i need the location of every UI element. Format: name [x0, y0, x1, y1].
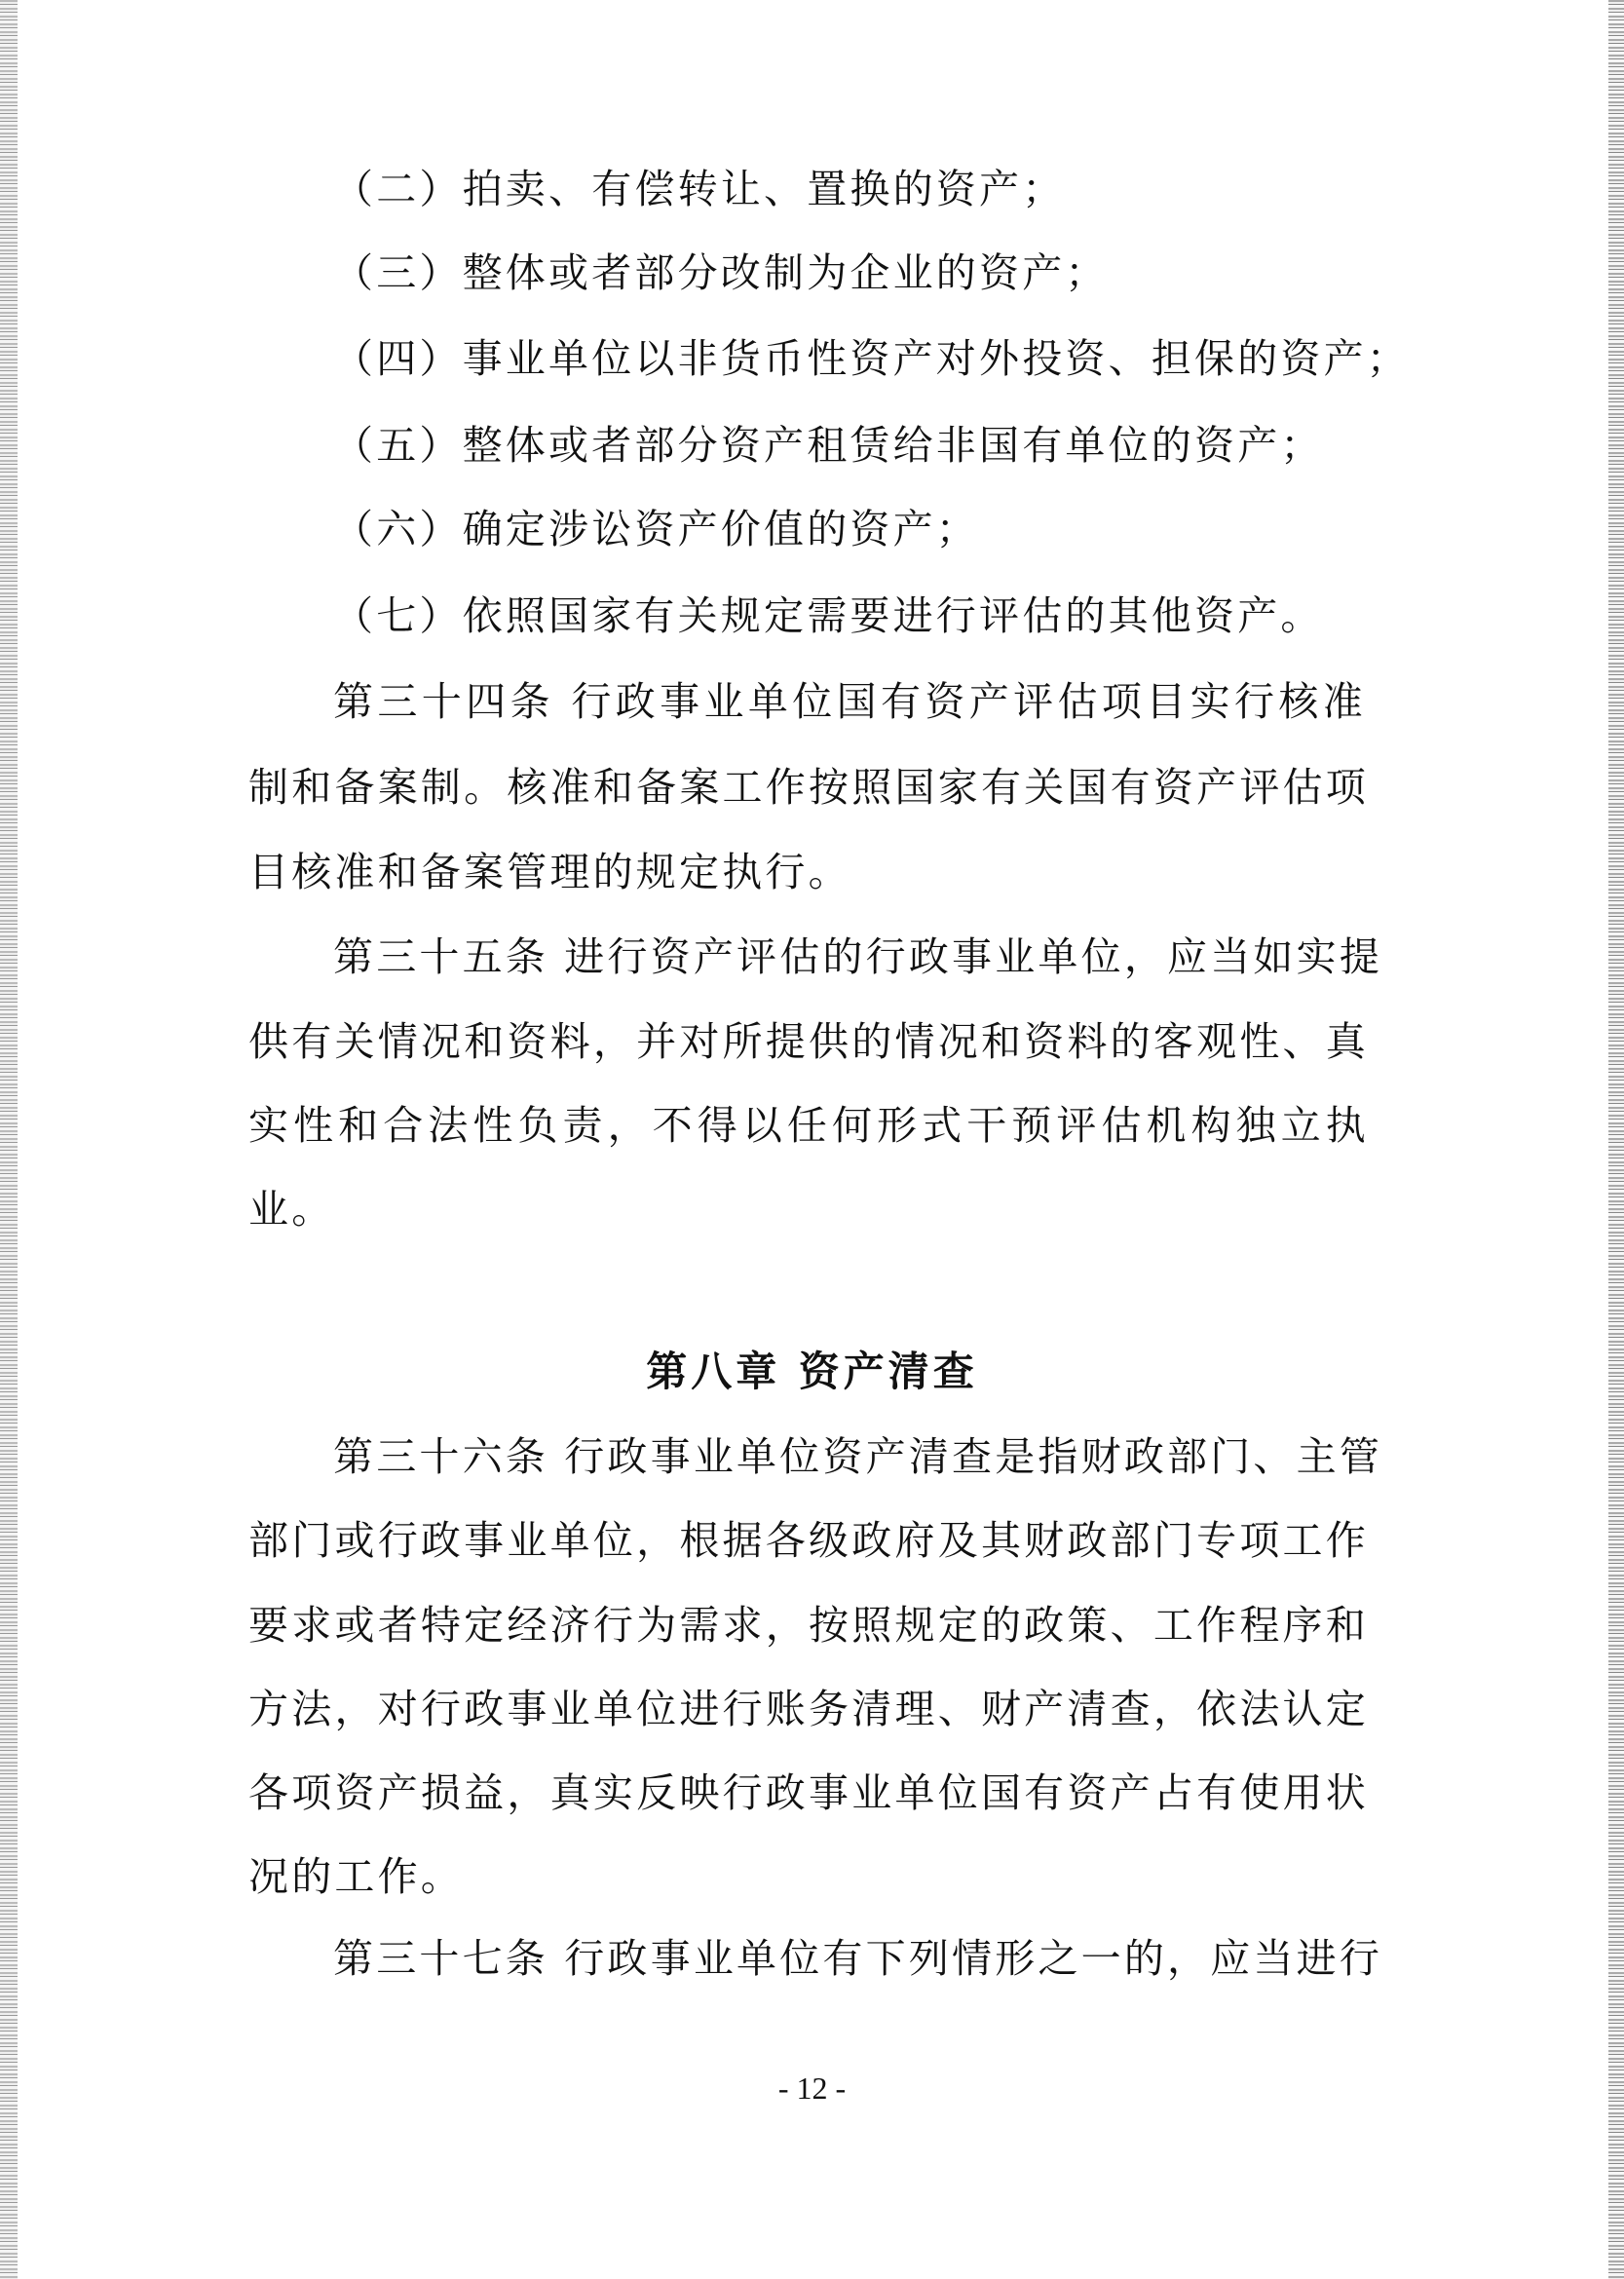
paragraph-line: 方法，对行政事业单位进行账务清理、财产清查，依法认定: [248, 1685, 1369, 1733]
page-number: - 12 -: [0, 2070, 1624, 2106]
chapter-title: 第八章 资产清查: [0, 1348, 1624, 1396]
paragraph-line: 供有关情况和资料，并对所提供的情况和资料的客观性、真: [248, 1017, 1369, 1066]
paragraph-line: 各项资产损益，真实反映行政事业单位国有资产占有使用状: [248, 1768, 1369, 1817]
list-item: （三）整体或者部分改制为企业的资产；: [333, 248, 1109, 297]
list-item: （五）整体或者部分资产租赁给非国有单位的资产；: [333, 421, 1324, 470]
paragraph-line: 第三十六条 行政事业单位资产清查是指财政部门、主管: [333, 1432, 1366, 1481]
list-item: （七）依照国家有关规定需要进行评估的其他资产。: [333, 591, 1324, 640]
paragraph-line: 第三十五条 进行资产评估的行政事业单位，应当如实提: [333, 932, 1366, 981]
paragraph-line: 业。: [248, 1185, 334, 1234]
paragraph-line: 第三十四条 行政事业单位国有资产评估项目实行核准: [333, 677, 1366, 726]
paragraph-line: 目核准和备案管理的规定执行。: [248, 848, 851, 896]
paragraph-line: 第三十七条 行政事业单位有下列情形之一的，应当进行: [333, 1934, 1366, 1983]
paragraph-line: 况的工作。: [248, 1852, 464, 1901]
paragraph-line: 制和备案制。核准和备案工作按照国家有关国有资产评估项: [248, 763, 1369, 812]
paragraph-line: 实性和合法性负责，不得以任何形式干预评估机构独立执: [248, 1101, 1369, 1150]
paragraph-line: 要求或者特定经济行为需求，按照规定的政策、工作程序和: [248, 1601, 1369, 1650]
list-item: （六）确定涉讼资产价值的资产；: [333, 505, 979, 553]
list-item: （四）事业单位以非货币性资产对外投资、担保的资产；: [333, 334, 1410, 383]
scan-edge-right: [1608, 0, 1624, 2279]
scan-edge-left: [0, 0, 18, 2279]
list-item: （二）拍卖、有偿转让、置换的资产；: [333, 165, 1065, 213]
paragraph-line: 部门或行政事业单位，根据各级政府及其财政部门专项工作: [248, 1516, 1369, 1565]
